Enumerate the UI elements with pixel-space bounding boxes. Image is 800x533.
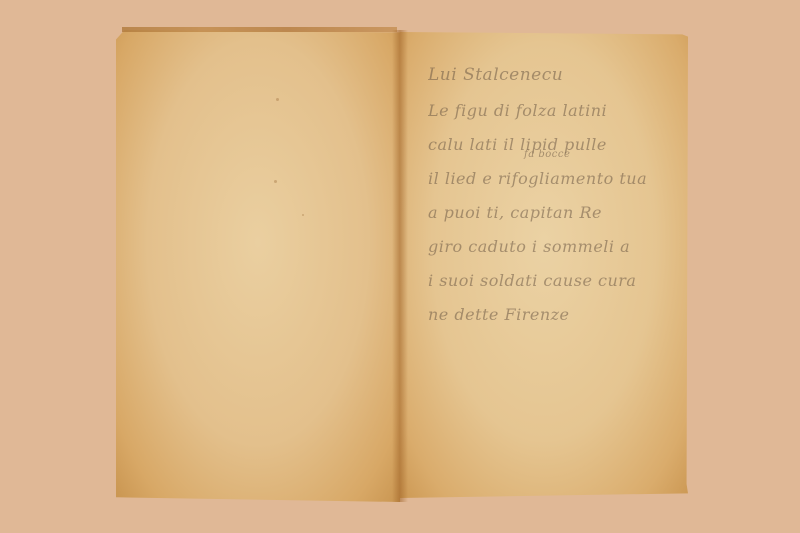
- handwritten-line: giro caduto i sommeli a: [428, 230, 686, 264]
- handwritten-insertion: fa bocce: [524, 138, 570, 172]
- ink-spot: [274, 180, 277, 183]
- ink-spot: [276, 98, 279, 101]
- handwritten-line: Le figu di folza latini: [428, 94, 686, 128]
- handwritten-text: Lui Stalcenecu Le figu di folza latini c…: [428, 58, 686, 332]
- book-gutter: [392, 30, 408, 502]
- handwritten-title: Lui Stalcenecu: [428, 58, 686, 92]
- ink-spot: [302, 214, 304, 216]
- handwritten-line: i suoi soldati cause cura: [428, 264, 686, 298]
- left-page: [116, 30, 400, 502]
- handwritten-line: a puoi ti, capitan Re: [428, 196, 686, 230]
- torn-top-edge: [122, 27, 397, 32]
- handwritten-line: ne dette Firenze: [428, 298, 686, 332]
- open-notebook: Lui Stalcenecu Le figu di folza latini c…: [0, 0, 800, 533]
